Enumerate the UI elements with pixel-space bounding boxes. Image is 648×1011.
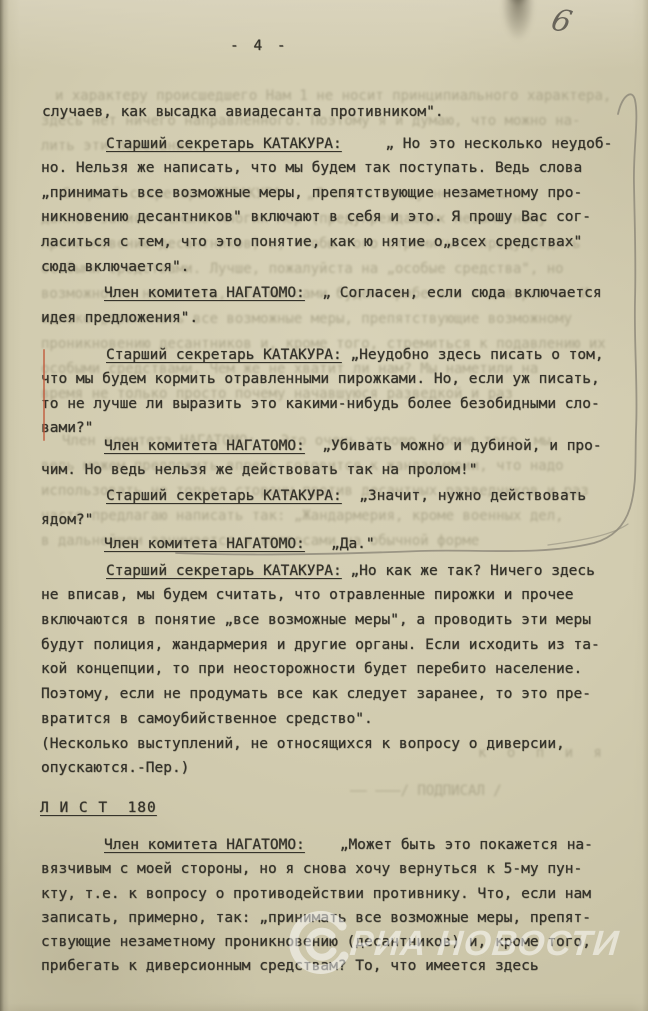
speaker-name: Член комитета НАГАТОМО:: [104, 438, 305, 454]
typed-line: вязчивым с моей стороны, но я снова хочу…: [41, 861, 582, 878]
typed-line: Член комитета НАГАТОМО: „Да.": [104, 536, 375, 553]
typed-line: включаются в понятие „все возможные меры…: [41, 612, 591, 629]
typed-line: что мы будем кормить отравленными пирожк…: [41, 371, 600, 388]
typed-line: чим. Но ведь нельзя же действовать так н…: [41, 462, 478, 479]
typed-line: опускаются.-Пер.): [41, 760, 189, 777]
typed-line: ласиться с тем, что это понятие, как ю н…: [41, 234, 582, 251]
typed-line: Член комитета НАГАТОМО: „Может быть это …: [104, 837, 593, 854]
red-margin-mark: [43, 349, 45, 441]
typed-line: идея предложения".: [41, 310, 198, 327]
typed-line: никновению десантников" включают в себя …: [41, 209, 591, 226]
typed-line: Член комитета НАГАТОМО: „ Согласен, если…: [104, 285, 602, 302]
typed-line: Поэтому, если не продумать все как следу…: [41, 686, 591, 703]
typed-line: случаев, как высадка авиадесанта противн…: [42, 104, 444, 121]
typed-line: не вписав, мы будем считать, что отравле…: [41, 587, 574, 604]
typed-line: будут полиция, жандармерия и другие орга…: [41, 637, 600, 654]
speaker-name: Член комитета НАГАТОМО:: [104, 837, 305, 853]
ghost-line: —— ———/ ПОДПИСАЛ /: [350, 783, 502, 799]
speaker-name: Член комитета НАГАТОМО:: [104, 536, 305, 552]
typed-line: записать, примерно, так: „принимать все …: [41, 910, 591, 927]
typed-line: сюда включается".: [41, 259, 189, 276]
speaker-name: Старший секретарь КАТАКУРА:: [106, 347, 342, 363]
typed-line: ствующие незаметному проникновению (деса…: [41, 934, 591, 951]
typed-line: - 4 -: [230, 38, 289, 55]
handwritten-page-numeral: 6: [548, 3, 576, 40]
speaker-name: Старший секретарь КАТАКУРА:: [106, 136, 342, 152]
typed-line: Старший секретарь КАТАКУРА: „Значит, нуж…: [106, 488, 586, 505]
typed-line: вами?": [41, 420, 93, 437]
typed-line: но. Нельзя же написать, что мы будем так…: [41, 160, 582, 177]
typed-line: то не лучше ли выразить это какими-нибуд…: [41, 396, 600, 413]
typed-line: Член комитета НАГАТОМО: „Убивать можно и…: [104, 438, 602, 455]
sheet-heading: Л И С Т 180: [40, 800, 157, 817]
speaker-name: Старший секретарь КАТАКУРА:: [106, 563, 342, 579]
document-page: и характеру происшедшего Нам 1 не носит …: [0, 0, 648, 1011]
typed-line: Старший секретарь КАТАКУРА: „Но как же т…: [106, 563, 595, 580]
speaker-name: Старший секретарь КАТАКУРА:: [106, 488, 342, 504]
typed-line: Старший секретарь КАТАКУРА: „ Но это нес…: [106, 136, 612, 153]
typed-line: вратится в самоубийственное средство".: [41, 711, 373, 728]
typed-line: (Несколько выступлений, не относящихся к…: [41, 736, 565, 753]
ghost-line: часто предлагаю написать так: „Жандармер…: [41, 508, 564, 524]
typed-line: ядом?": [41, 512, 93, 529]
typed-line: Старший секретарь КАТАКУРА: „Неудобно зд…: [106, 347, 604, 364]
typed-line: кой концепции, то при неосторожности буд…: [41, 661, 582, 678]
typed-line: прибегать к диверсионным средствам? То, …: [41, 958, 539, 975]
typed-line: кту, т.е. к вопросу о противодействии пр…: [41, 886, 591, 903]
ink-smudge: [497, 0, 539, 96]
speaker-name: Член комитета НАГАТОМО:: [104, 285, 305, 301]
typed-line: „принимать все возможные меры, препятств…: [41, 185, 582, 202]
